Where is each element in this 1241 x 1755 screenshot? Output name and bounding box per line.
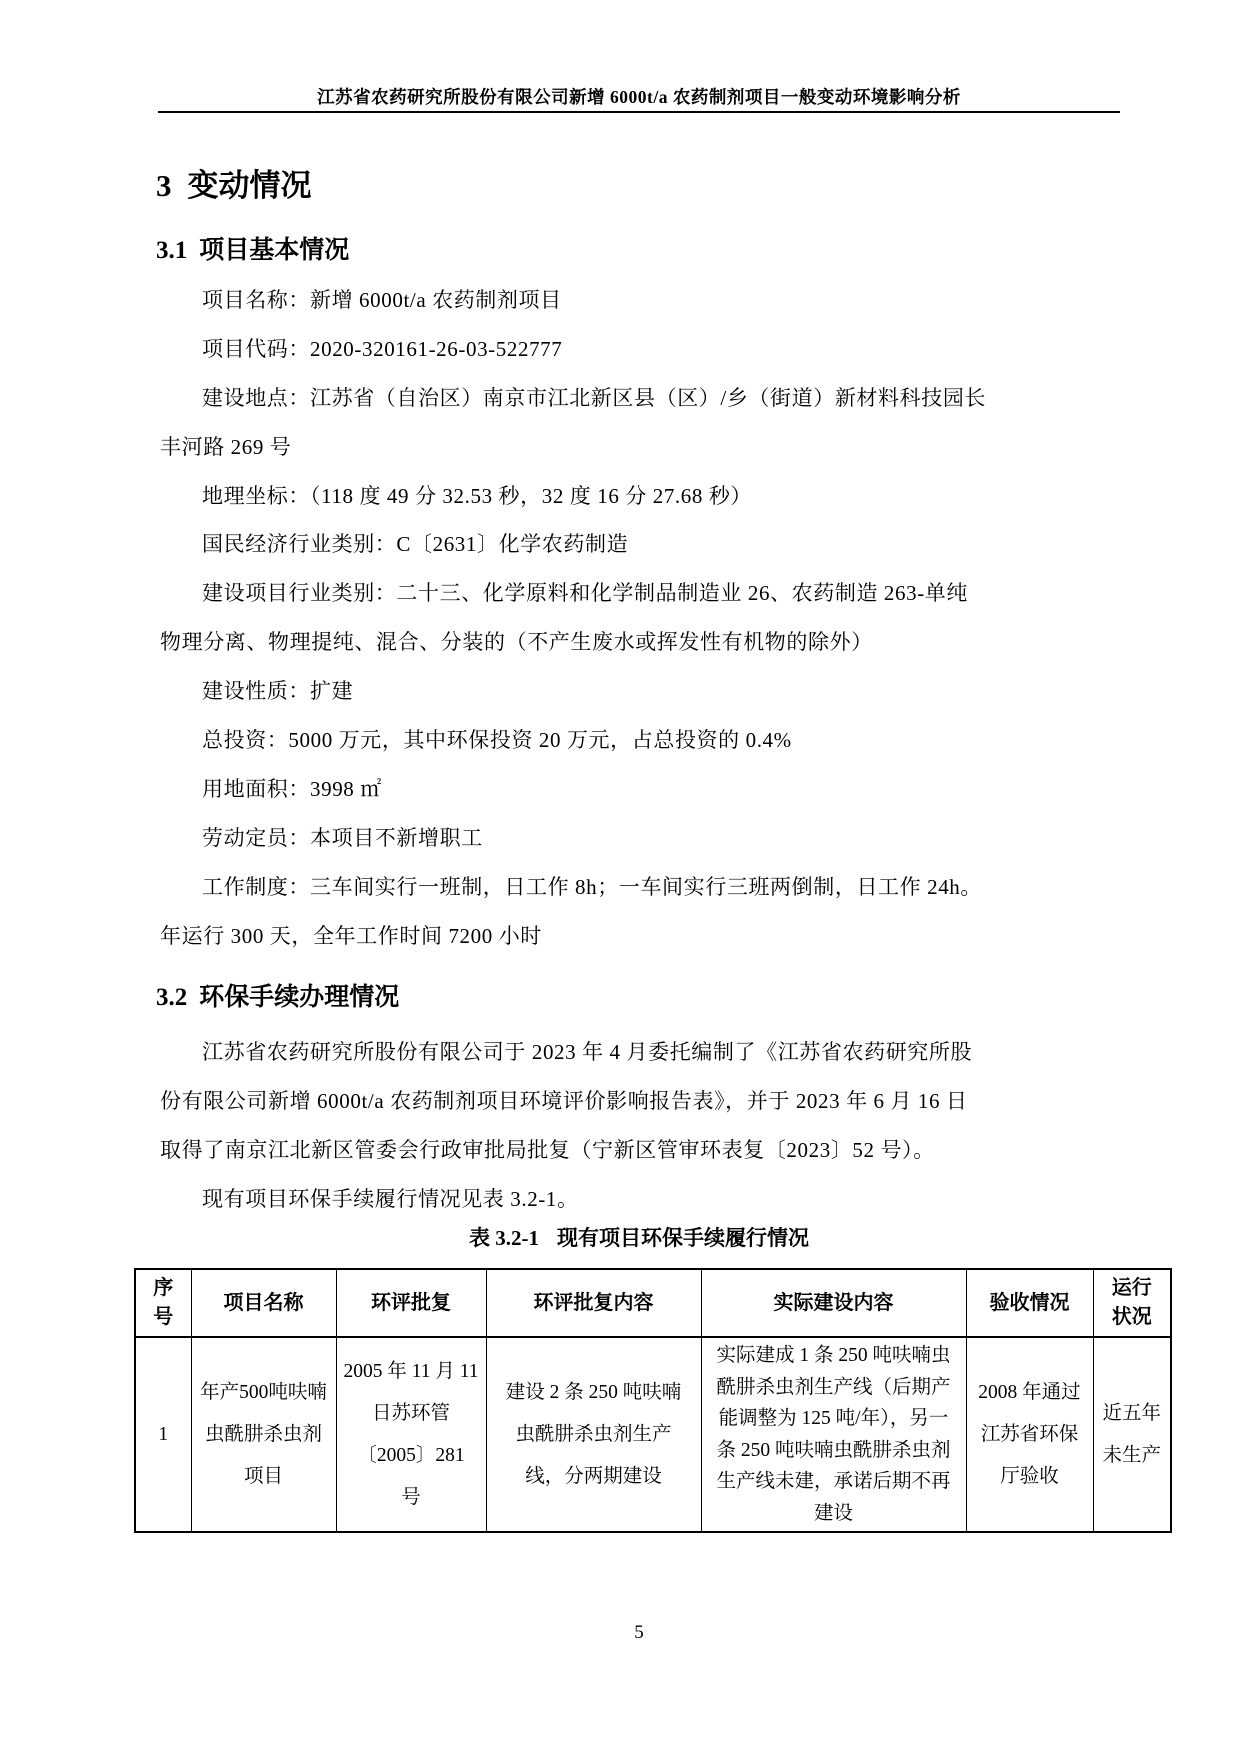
chapter-number: 3 [156, 168, 172, 203]
approval-history-table: 序 号 项目名称 环评批复 环评批复内容 实际建设内容 验收情况 运行 状况 1… [134, 1268, 1172, 1533]
cell-actual-construction: 实际建成 1 条 250 吨呋喃虫 酰肼杀虫剂生产线（后期产 能调整为 125 … [701, 1337, 966, 1532]
body-line: 项目名称：新增 6000t/a 农药制剂项目 [160, 276, 1140, 325]
col-header-project-name: 项目名称 [191, 1269, 336, 1337]
body-line: 建设地点：江苏省（自治区）南京市江北新区县（区）/乡（街道）新材料科技园长 [160, 374, 1140, 423]
col-header-actual-construction: 实际建设内容 [701, 1269, 966, 1337]
header-rule [158, 111, 1120, 113]
body-line: 丰河路 269 号 [160, 423, 1140, 472]
body-line: 总投资：5000 万元，其中环保投资 20 万元，占总投资的 0.4% [160, 716, 1140, 765]
section-3-2-heading: 3.2环保手续办理情况 [156, 977, 399, 1013]
col-header-eia-approval-content: 环评批复内容 [486, 1269, 701, 1337]
document-page: 江苏省农药研究所股份有限公司新增 6000t/a 农药制剂项目一般变动环境影响分… [0, 0, 1241, 1755]
cell-eia-approval: 2005 年 11 月 11 日苏环管 〔2005〕281 号 [336, 1337, 486, 1532]
section-3-1-title: 项目基本情况 [199, 237, 349, 264]
section-3-1-body: 项目名称：新增 6000t/a 农药制剂项目 项目代码：2020-320161-… [160, 276, 1140, 960]
table-caption: 表 3.2-1现有项目环保手续履行情况 [158, 1222, 1120, 1252]
section-3-2-number: 3.2 [156, 984, 187, 1011]
body-line: 年运行 300 天，全年工作时间 7200 小时 [160, 912, 1140, 961]
cell-eia-approval-content: 建设 2 条 250 吨呋喃 虫酰肼杀虫剂生产 线，分两期建设 [486, 1337, 701, 1532]
body-line: 劳动定员：本项目不新增职工 [160, 814, 1140, 863]
col-header-operation-status: 运行 状况 [1093, 1269, 1171, 1337]
table-header-row: 序 号 项目名称 环评批复 环评批复内容 实际建设内容 验收情况 运行 状况 [135, 1269, 1171, 1337]
body-line: 现有项目环保手续履行情况见表 3.2-1。 [160, 1175, 1140, 1224]
approval-history-table-wrap: 序 号 项目名称 环评批复 环评批复内容 实际建设内容 验收情况 运行 状况 1… [134, 1268, 1170, 1533]
body-line: 项目代码：2020-320161-26-03-522777 [160, 325, 1140, 374]
body-line: 工作制度：三车间实行一班制，日工作 8h；一车间实行三班两倒制，日工作 24h。 [160, 863, 1140, 912]
cell-project-name: 年产500吨呋喃 虫酰肼杀虫剂 项目 [191, 1337, 336, 1532]
chapter-heading: 3变动情况 [156, 160, 312, 205]
section-3-2-title: 环保手续办理情况 [199, 984, 399, 1011]
col-header-acceptance-status: 验收情况 [966, 1269, 1093, 1337]
running-header: 江苏省农药研究所股份有限公司新增 6000t/a 农药制剂项目一般变动环境影响分… [158, 84, 1120, 109]
body-line: 建设项目行业类别：二十三、化学原料和化学制品制造业 26、农药制造 263-单纯 [160, 569, 1140, 618]
table-caption-label: 表 3.2-1 [469, 1226, 539, 1250]
page-number: 5 [158, 1622, 1120, 1644]
section-3-2-body: 江苏省农药研究所股份有限公司于 2023 年 4 月委托编制了《江苏省农药研究所… [160, 1028, 1140, 1224]
section-3-1-heading: 3.1项目基本情况 [156, 230, 349, 266]
chapter-title: 变动情况 [188, 168, 312, 203]
section-3-1-number: 3.1 [156, 237, 187, 264]
col-header-seq: 序 号 [135, 1269, 191, 1337]
cell-acceptance-status: 2008 年通过 江苏省环保 厅验收 [966, 1337, 1093, 1532]
body-line: 建设性质：扩建 [160, 667, 1140, 716]
body-line: 国民经济行业类别：C〔2631〕化学农药制造 [160, 520, 1140, 569]
table-row: 1 年产500吨呋喃 虫酰肼杀虫剂 项目 2005 年 11 月 11 日苏环管… [135, 1337, 1171, 1532]
body-line: 用地面积：3998 ㎡ [160, 765, 1140, 814]
body-line: 份有限公司新增 6000t/a 农药制剂项目环境评价影响报告表》，并于 2023… [160, 1077, 1140, 1126]
cell-operation-status: 近五年 未生产 [1093, 1337, 1171, 1532]
body-line: 物理分离、物理提纯、混合、分装的（不产生废水或挥发性有机物的除外） [160, 618, 1140, 667]
body-line: 取得了南京江北新区管委会行政审批局批复（宁新区管审环表复〔2023〕52 号）。 [160, 1126, 1140, 1175]
col-header-eia-approval: 环评批复 [336, 1269, 486, 1337]
table-caption-title: 现有项目环保手续履行情况 [557, 1226, 809, 1250]
body-line: 江苏省农药研究所股份有限公司于 2023 年 4 月委托编制了《江苏省农药研究所… [160, 1028, 1140, 1077]
body-line: 地理坐标：（118 度 49 分 32.53 秒，32 度 16 分 27.68… [160, 472, 1140, 521]
cell-seq: 1 [135, 1337, 191, 1532]
